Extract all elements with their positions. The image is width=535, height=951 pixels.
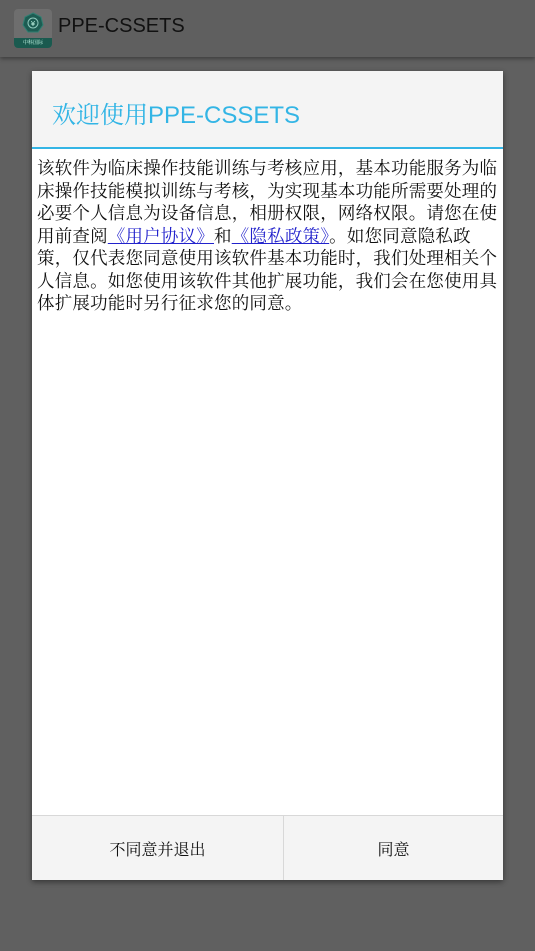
accept-button[interactable]: 同意: [284, 816, 503, 880]
svg-text:¥: ¥: [31, 20, 36, 28]
dialog-message: 该软件为临床操作技能训练与考核应用，基本功能服务为临床操作技能模拟训练与考核，为…: [37, 158, 499, 316]
dialog-header: 欢迎使用PPE-CSSETS: [32, 71, 503, 149]
app-bar: ¥ 中科国际 PPE-CSSETS: [0, 0, 535, 57]
app-logo-band: 中科国际: [14, 38, 52, 48]
message-and: 和: [214, 227, 232, 247]
dialog-buttons: 不同意并退出 同意: [32, 815, 503, 880]
dialog-title: 欢迎使用PPE-CSSETS: [52, 95, 300, 130]
app-logo-icon: ¥ 中科国际: [14, 9, 52, 48]
privacy-dialog: 欢迎使用PPE-CSSETS 该软件为临床操作技能训练与考核应用，基本功能服务为…: [32, 71, 503, 880]
app-title: PPE-CSSETS: [58, 15, 185, 38]
privacy-policy-link[interactable]: 《隐私政策》: [232, 227, 329, 247]
user-agreement-link[interactable]: 《用户协议》: [108, 227, 214, 247]
decline-exit-button[interactable]: 不同意并退出: [32, 816, 284, 880]
emblem-icon: ¥: [22, 12, 44, 34]
